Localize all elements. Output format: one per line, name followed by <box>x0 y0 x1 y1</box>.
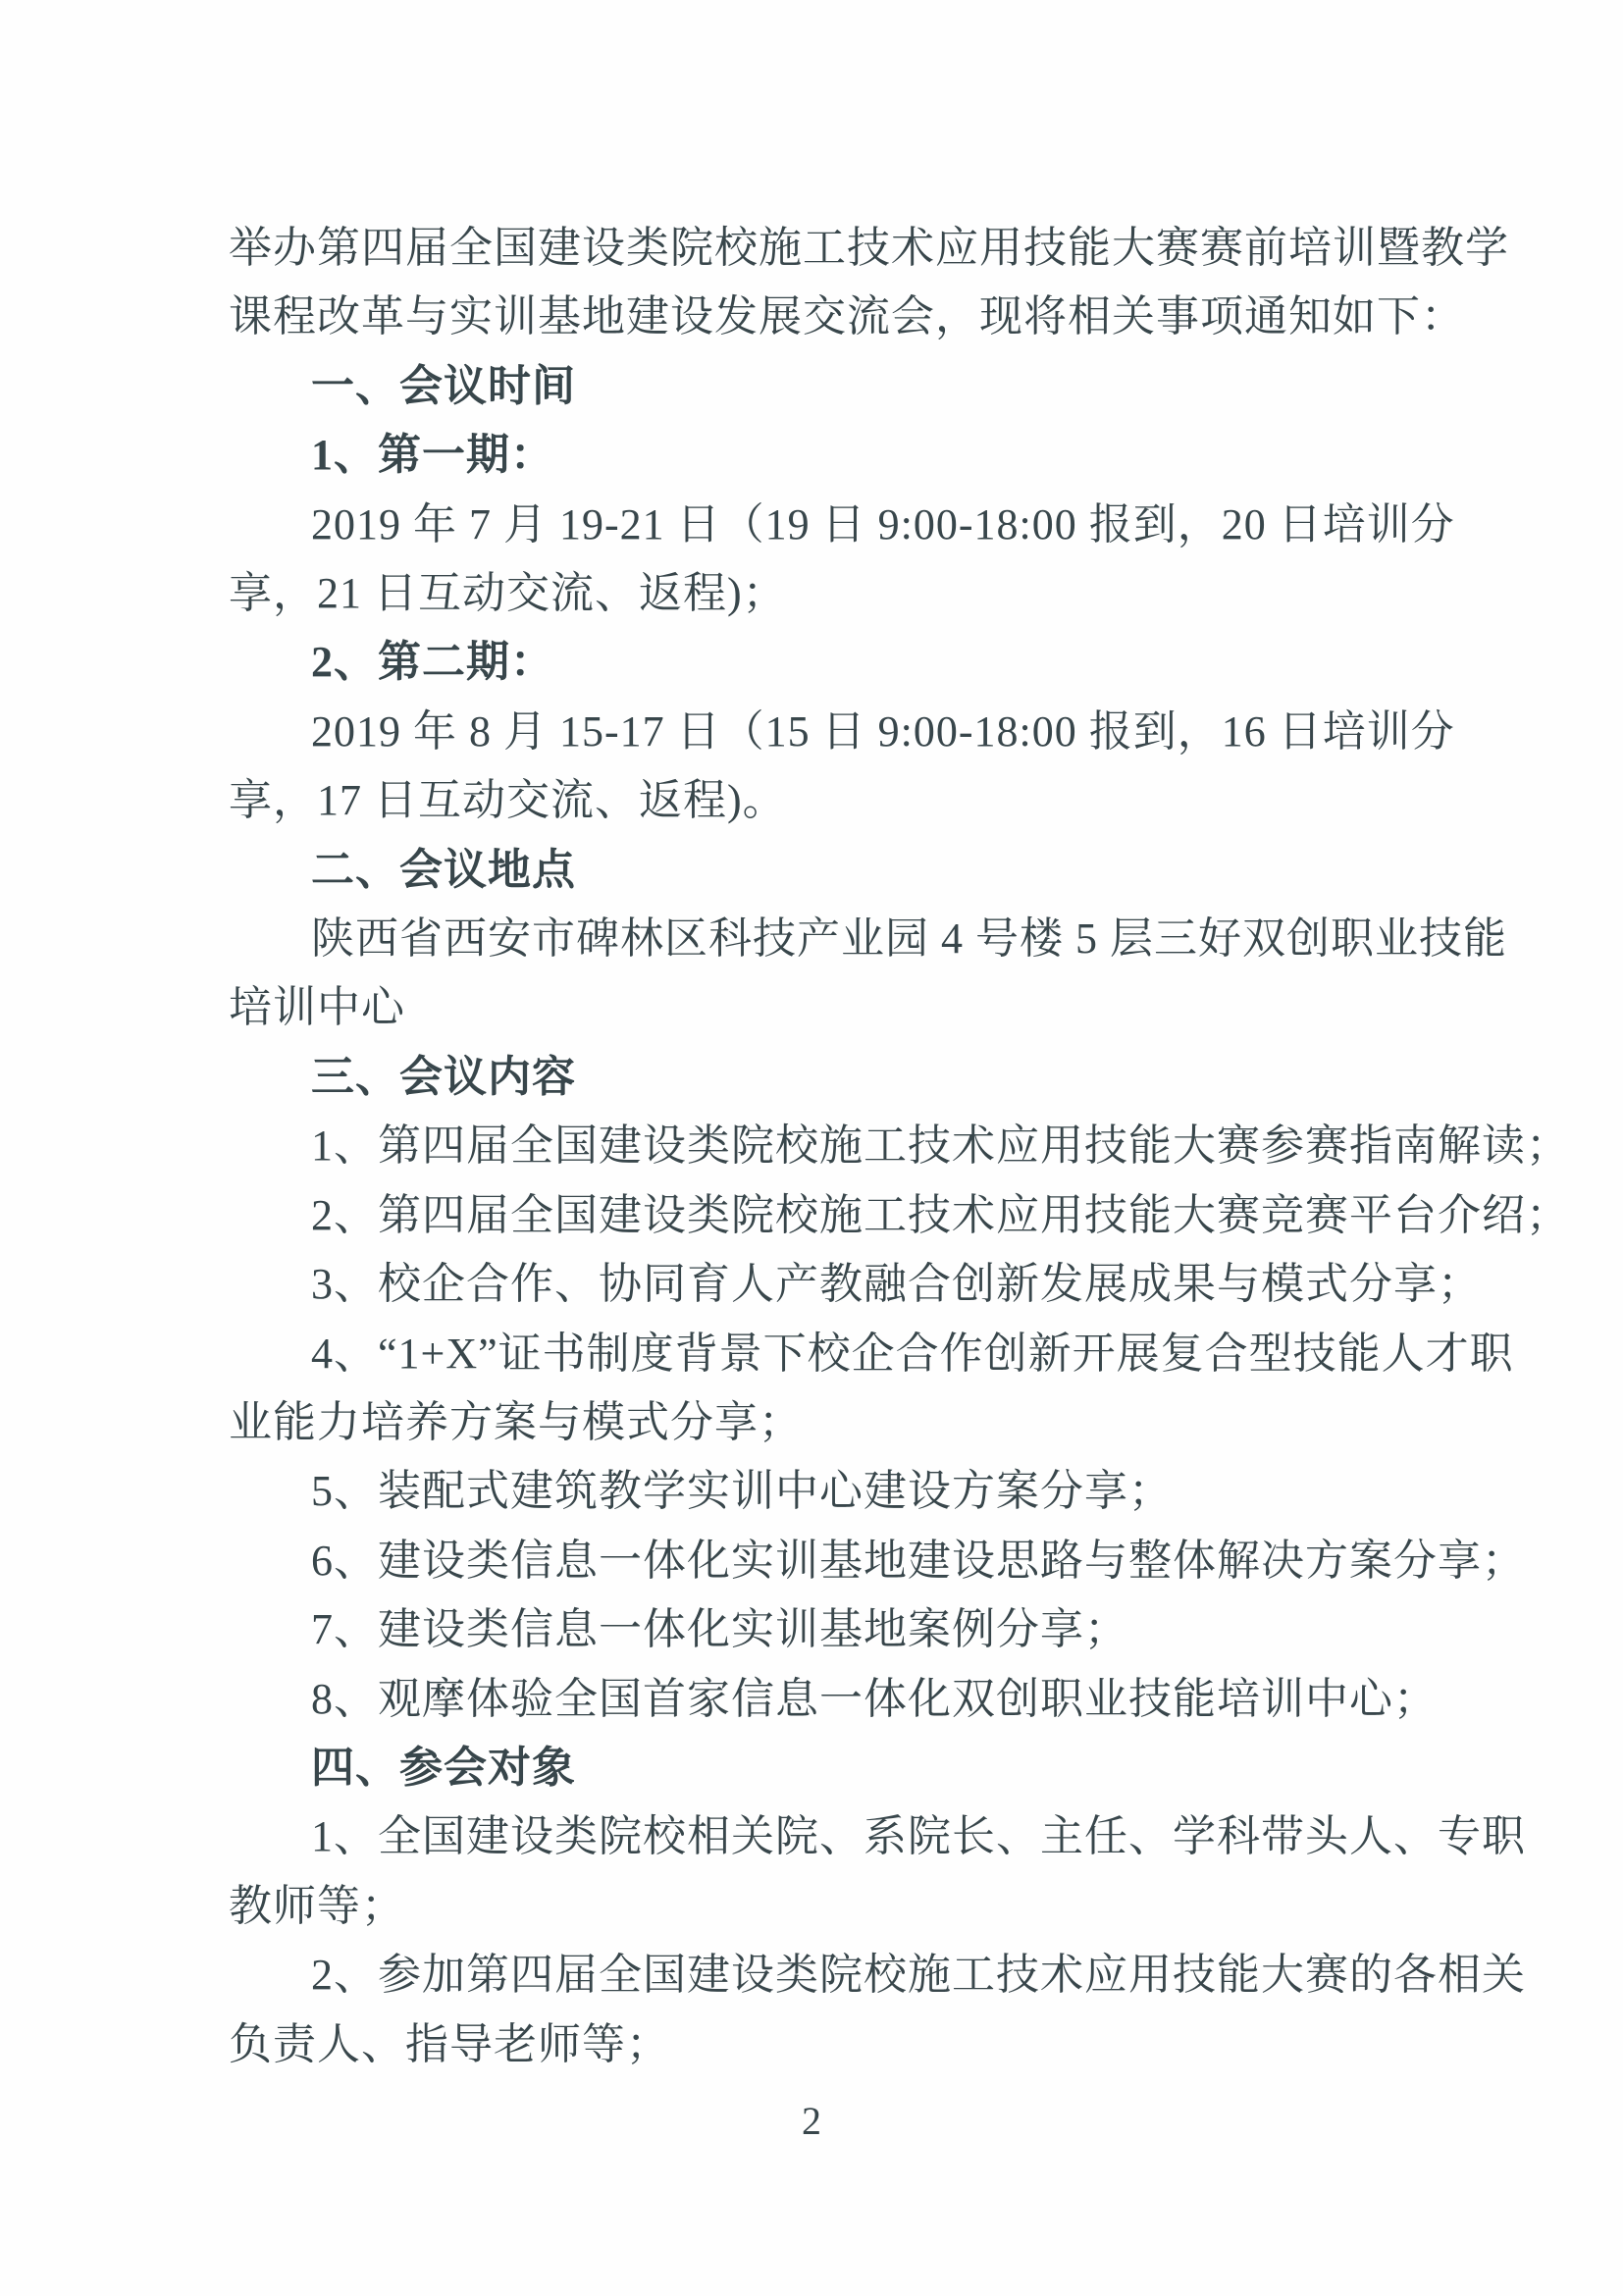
content-list-item-6: 6、建设类信息一体化实训基地建设思路与整体解决方案分享； <box>229 1527 1414 1595</box>
body-line: 教师等； <box>229 1872 1414 1941</box>
subheading-session-2: 2、第二期： <box>229 628 1414 697</box>
content-list-item-8: 8、观摩体验全国首家信息一体化双创职业技能培训中心； <box>229 1665 1414 1734</box>
attendee-list-item-1: 1、全国建设类院校相关院、系院长、主任、学科带头人、专职 <box>229 1802 1414 1871</box>
content-list-item-4: 4、“1+X”证书制度背景下校企合作创新开展复合型技能人才职 <box>229 1320 1414 1388</box>
document-page: 举办第四届全国建设类院校施工技术应用技能大赛赛前培训暨教学 课程改革与实训基地建… <box>0 0 1623 2296</box>
content-list-item-7: 7、建设类信息一体化实训基地案例分享； <box>229 1595 1414 1664</box>
page-number: 2 <box>0 2098 1623 2144</box>
body-line: 陕西省西安市碑林区科技产业园 4 号楼 5 层三好双创职业技能 <box>229 905 1414 973</box>
content-list-item-1: 1、第四届全国建设类院校施工技术应用技能大赛参赛指南解读； <box>229 1112 1414 1180</box>
body-line: 举办第四届全国建设类院校施工技术应用技能大赛赛前培训暨教学 <box>229 214 1414 283</box>
heading-meeting-time: 一、会议时间 <box>229 352 1414 421</box>
content-list-item-3: 3、校企合作、协同育人产教融合创新发展成果与模式分享； <box>229 1250 1414 1319</box>
body-line: 课程改革与实训基地建设发展交流会，现将相关事项通知如下： <box>229 283 1414 351</box>
body-line: 2019 年 7 月 19-21 日（19 日 9:00-18:00 报到，20… <box>229 491 1414 559</box>
body-line: 培训中心 <box>229 973 1414 1042</box>
body-line: 负责人、指导老师等； <box>229 2010 1414 2079</box>
body-line: 2019 年 8 月 15-17 日（15 日 9:00-18:00 报到，16… <box>229 698 1414 766</box>
subheading-session-1: 1、第一期： <box>229 421 1414 490</box>
body-line: 享，17 日互动交流、返程)。 <box>229 766 1414 835</box>
heading-attendees: 四、参会对象 <box>229 1734 1414 1802</box>
content-list-item-2: 2、第四届全国建设类院校施工技术应用技能大赛竞赛平台介绍； <box>229 1181 1414 1250</box>
heading-meeting-content: 三、会议内容 <box>229 1043 1414 1112</box>
document-body: 举办第四届全国建设类院校施工技术应用技能大赛赛前培训暨教学 课程改革与实训基地建… <box>229 214 1414 2079</box>
body-line: 业能力培养方案与模式分享； <box>229 1388 1414 1457</box>
attendee-list-item-2: 2、参加第四届全国建设类院校施工技术应用技能大赛的各相关 <box>229 1941 1414 2009</box>
content-list-item-5: 5、装配式建筑教学实训中心建设方案分享； <box>229 1457 1414 1526</box>
body-line: 享，21 日互动交流、返程)； <box>229 559 1414 628</box>
heading-meeting-venue: 二、会议地点 <box>229 836 1414 905</box>
